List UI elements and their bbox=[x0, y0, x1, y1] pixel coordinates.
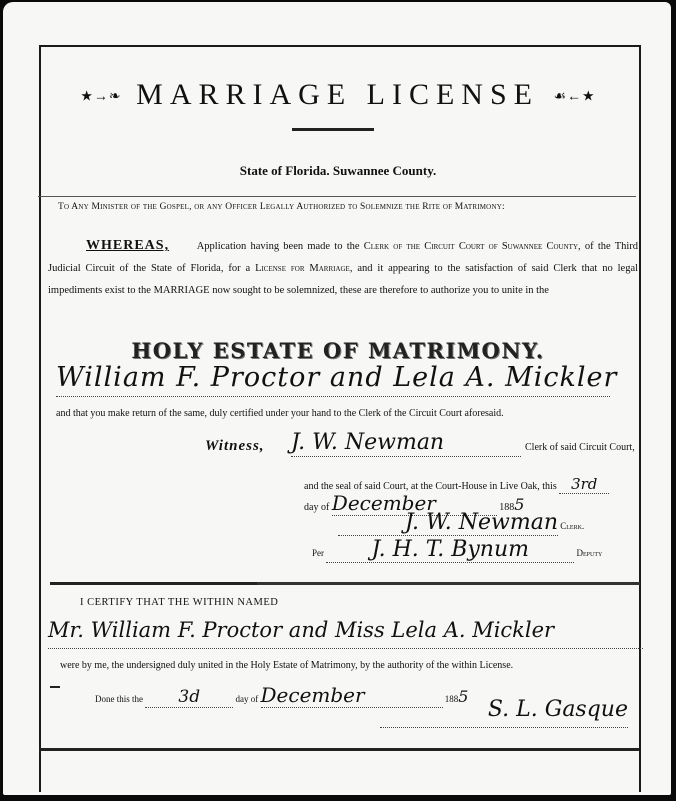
per-label: Per bbox=[312, 548, 324, 558]
done-day: 3d bbox=[145, 687, 233, 708]
address-line: To Any Minister of the Gospel, or any Of… bbox=[58, 202, 658, 212]
title-underline bbox=[292, 128, 374, 131]
section-divider-left bbox=[50, 582, 285, 585]
certificate-names-field: Mr. William F. Proctor and Miss Lela A. … bbox=[48, 618, 643, 649]
witness-clerk-title: Clerk of said Circuit Court, bbox=[525, 442, 635, 453]
seal-day: 3rd bbox=[559, 475, 609, 494]
margin-dash bbox=[50, 686, 60, 688]
document-border-bottom bbox=[39, 748, 639, 751]
done-day-of: day of bbox=[236, 694, 259, 704]
deputy-signature-row: Per J. H. T. Bynum Deputy bbox=[312, 537, 642, 563]
clerk-title: Clerk of the Circuit Court of Suwannee C… bbox=[364, 241, 581, 252]
deputy-signature: J. H. T. Bynum bbox=[326, 537, 574, 563]
flourish-right-icon: ☙←★ bbox=[554, 90, 596, 105]
jurisdiction: State of Florida. Suwannee County. bbox=[0, 163, 676, 179]
united-statement: were by me, the undersigned duly united … bbox=[60, 660, 513, 671]
preamble-text-1: Application having been made to the bbox=[197, 241, 360, 252]
witness-row: Witness, J. W. Newman Clerk of said Circ… bbox=[205, 430, 665, 460]
flourish-left-icon: ★→❧ bbox=[80, 90, 121, 105]
return-instruction: and that you make return of the same, du… bbox=[56, 408, 504, 419]
license-for-marriage: License for Marriage, bbox=[255, 263, 352, 274]
clerk-signature-row: J. W. Newman Clerk. bbox=[338, 510, 638, 536]
clerk-label: Clerk. bbox=[560, 521, 584, 531]
holy-estate-heading: HOLY ESTATE OF MATRIMONY. bbox=[0, 338, 676, 363]
officiant-signature: S. L. Gasque bbox=[380, 697, 628, 728]
title-text: MARRIAGE LICENSE bbox=[136, 78, 539, 112]
whereas-heading: WHEREAS, bbox=[86, 238, 169, 253]
preamble-paragraph: WHEREAS, Application having been made to… bbox=[48, 235, 638, 302]
done-label: Done this the bbox=[95, 694, 143, 704]
license-title: ★→❧ MARRIAGE LICENSE ☙←★ bbox=[0, 78, 676, 112]
clerk-signature-witness: J. W. Newman bbox=[291, 430, 521, 457]
day-of-label: day of bbox=[304, 502, 329, 513]
license-paper bbox=[3, 2, 671, 795]
witness-label: Witness, bbox=[205, 438, 265, 455]
license-names-field: William F. Proctor and Lela A. Mickler bbox=[56, 362, 610, 397]
clerk-signature: J. W. Newman bbox=[338, 510, 558, 536]
deputy-label: Deputy bbox=[577, 548, 603, 558]
certificate-heading: I CERTIFY THAT THE WITHIN NAMED bbox=[80, 597, 278, 608]
section-divider-right bbox=[257, 582, 640, 585]
divider bbox=[38, 196, 636, 197]
